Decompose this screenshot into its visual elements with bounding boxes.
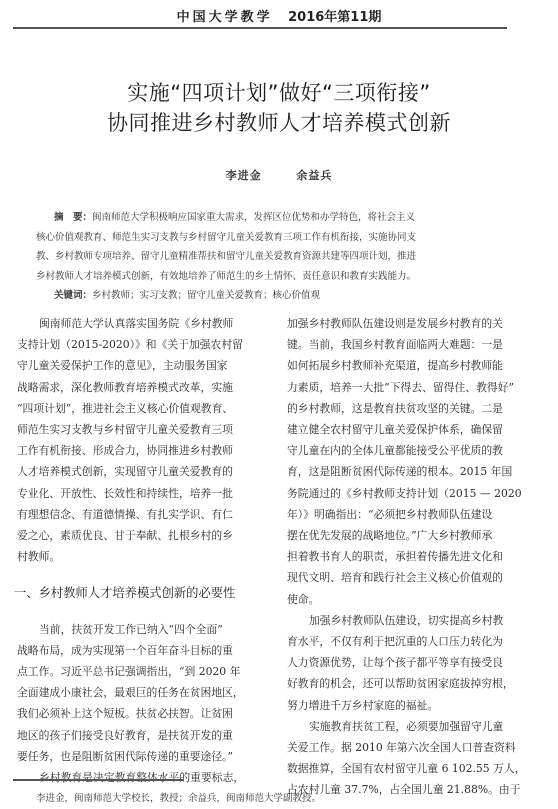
abstract: 摘 要：闽南师范大学积极响应国家重大需求，发挥区位优势和办学特色，将社会主义 核…	[36, 208, 522, 306]
keywords-label: 关键词：	[54, 290, 92, 301]
body-line: 战略需求，深化教师教育培养模式改革，实施	[17, 377, 267, 398]
body-line: 地区的孩子们接受良好教育，是扶贫开发的重	[17, 725, 267, 746]
body-line: 专业化、开放性、长效性和持续性，培养一批	[17, 483, 267, 504]
body-line: 数据推算，全国有农村留守儿童 6 102.55 万人，	[287, 758, 545, 779]
body-line: 全面建成小康社会，最艰巨的任务在贫困地区，	[17, 682, 267, 703]
title-line-2: 协同推进乡村教师人才培养模式创新	[0, 108, 558, 138]
body-line: 使命。	[287, 589, 545, 610]
body-line: 键。当前，我国乡村教育面临两大难题：一是	[287, 334, 545, 355]
article-title: 实施“四项计划”做好“三项衔接” 协同推进乡村教师人才培养模式创新	[0, 78, 558, 138]
body-line: 爱之心，素质优良、甘于奉献、扎根乡村的乡	[17, 525, 267, 546]
body-line: 努力增进千万乡村家庭的福祉。	[287, 695, 545, 716]
issue-number: 2016年第11期	[288, 10, 381, 25]
body-line: 实施教育扶贫工程，必须要加强留守儿童	[287, 716, 545, 737]
keywords: 关键词：乡村教师；实习支教；留守儿童关爱教育；核心价值观	[36, 286, 522, 306]
body-line: 育，这是阻断贫困代际传递的根本。2015 年国	[287, 461, 545, 482]
abstract-line: 教、乡村教师专项培养、留守儿童精准帮扶和留守儿童关爱教育资源共建等四项计划，推进	[36, 247, 522, 267]
body-line: 守儿童在内的全体儿童都能接受公平优质的教	[287, 440, 545, 461]
body-line: 支持计划（2015-2020）》和《关于加强农村留	[17, 334, 267, 355]
body-line: 加强乡村教师队伍建设则是发展乡村教育的关	[287, 313, 545, 334]
body-line: 要任务，也是阻断贫困代际传递的重要途径。”	[17, 746, 267, 767]
body-line: “四项计划”，推进社会主义核心价值观教育、	[17, 398, 267, 419]
body-line: 力素质，培养一大批“下得去、留得住、教得好”	[287, 377, 545, 398]
body-line: 战略布局，成为实现第一个百年奋斗目标的重	[17, 640, 267, 661]
abstract-label: 摘 要：	[54, 212, 92, 223]
body-line: 人才培养模式创新，实现留守儿童关爱教育的	[17, 461, 267, 482]
body-line: 有理想信念、有道德情操、有扎实学识、有仁	[17, 504, 267, 525]
body-line: 好教育的机会，还可以帮助贫困家庭拔掉穷根，	[287, 673, 545, 694]
abstract-line: 核心价值观教育、师范生实习支教与乡村留守儿童关爱教育三项工作有机衔接，实施协同支	[36, 228, 522, 248]
section-heading: 一、乡村教师人才培养模式创新的必要性	[14, 583, 267, 604]
header-rule	[13, 27, 507, 29]
body-line: 人力资源优势，让每个孩子都平等享有接受良	[287, 652, 545, 673]
title-line-1: 实施“四项计划”做好“三项衔接”	[0, 78, 558, 108]
author-1: 李进金	[226, 169, 262, 182]
running-head: 中国大学教学 2016年第11期	[0, 6, 558, 25]
body-line: 如何拓展乡村教师补充渠道，提高乡村教师能	[287, 355, 545, 376]
body-line: 闽南师范大学认真落实国务院《乡村教师	[17, 313, 267, 334]
body-line: 占农村儿童 37.7%，占全国儿童 21.88%。由于	[287, 779, 545, 800]
body-column-left: 闽南师范大学认真落实国务院《乡村教师 支持计划（2015-2020）》和《关于加…	[17, 313, 267, 788]
body-line: 工作有机衔接、形成合力，协同推进乡村教师	[17, 440, 267, 461]
body-line: 我们必须补上这个短板。扶贫必扶智。让贫困	[17, 703, 267, 724]
journal-name: 中国大学教学	[177, 10, 273, 25]
body-line: 守儿童关爱保护工作的意见》，主动服务国家	[17, 355, 267, 376]
body-line: 师范生实习支教与乡村留守儿童关爱教育三项	[17, 419, 267, 440]
footnote-rule	[13, 779, 183, 781]
body-line: 担着教书育人的职责，承担着传播先进文化和	[287, 546, 545, 567]
abstract-line: 摘 要：闽南师范大学积极响应国家重大需求，发挥区位优势和办学特色，将社会主义	[36, 208, 522, 228]
body-line: 现代文明、培育和践行社会主义核心价值观的	[287, 567, 545, 588]
body-line: 摆在优先发展的战略地位。”广大乡村教师承	[287, 525, 545, 546]
keywords-text: 乡村教师；实习支教；留守儿童关爱教育；核心价值观	[92, 290, 320, 301]
body-column-right: 加强乡村教师队伍建设则是发展乡村教育的关 键。当前，我国乡村教育面临两大难题：一…	[287, 313, 545, 801]
author-list: 李进金 余益兵	[0, 167, 558, 183]
author-2: 余益兵	[296, 169, 332, 182]
author-footnote: 李进金，闽南师范大学校长，教授；余益兵，闽南师范大学副教授。	[36, 790, 321, 804]
body-line: 育水平，不仅有利于把沉重的人口压力转化为	[287, 631, 545, 652]
body-line: 务院通过的《乡村教师支持计划（2015 — 2020	[287, 483, 545, 504]
abstract-line: 乡村教师人才培养模式创新，有效地培养了师范生的乡土情怀、责任意识和教育实践能力。	[36, 267, 522, 287]
body-line: 建立健全农村留守儿童关爱保护体系，确保留	[287, 419, 545, 440]
body-line: 加强乡村教师队伍建设，切实提高乡村教	[287, 610, 545, 631]
body-line: 村教师。	[17, 546, 267, 567]
body-line: 的乡村教师，这是教育扶贫攻坚的关键。二是	[287, 398, 545, 419]
body-line: 关爱工作。据 2010 年第六次全国人口普查资料	[287, 737, 545, 758]
body-line: 点工作。习近平总书记强调指出，“到 2020 年	[17, 661, 267, 682]
body-line: 年）》明确指出：“必须把乡村教师队伍建设	[287, 504, 545, 525]
body-line: 当前，扶贫开发工作已纳入“四个全面”	[17, 619, 267, 640]
body-line: 乡村教育是决定教育整体水平的重要标志，	[17, 767, 267, 788]
